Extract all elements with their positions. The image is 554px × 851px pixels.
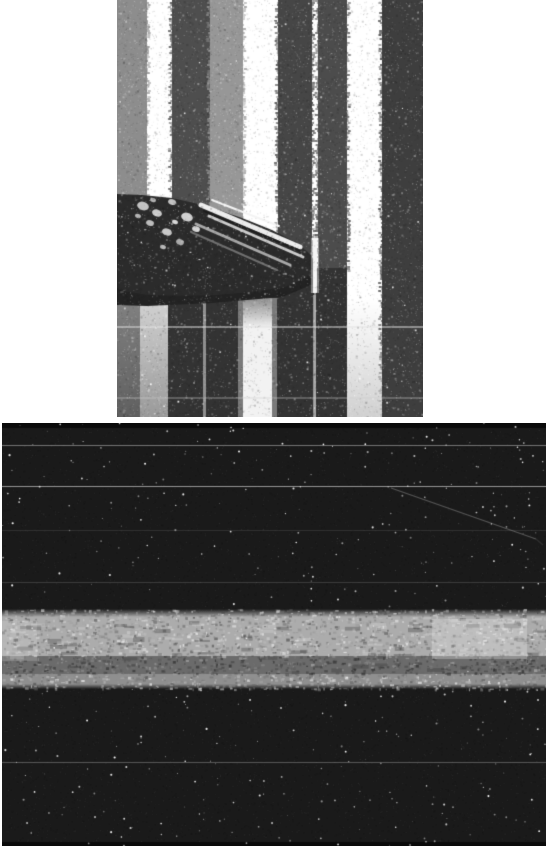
page (0, 0, 554, 851)
top-photograph (117, 0, 423, 417)
bottom-photograph (2, 423, 546, 846)
